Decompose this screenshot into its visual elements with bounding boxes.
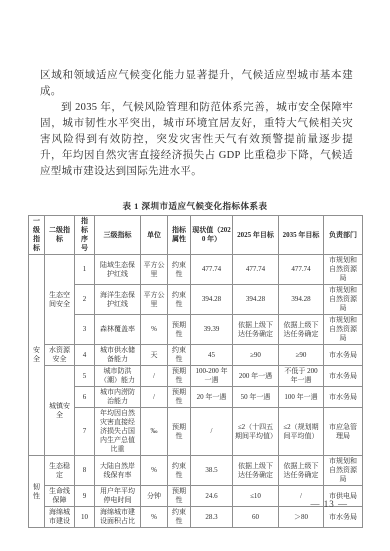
- table-cell: 7: [75, 408, 95, 456]
- table-row: 韧性生态稳定8大陆自然岸线保有率%约束性38.5依据上级下达任务确定依据上级下达…: [29, 456, 363, 486]
- table-cell: 市规划和自然资源局: [324, 255, 363, 285]
- table-cell: 城市内涝防治能力: [95, 387, 141, 408]
- table-cell: 城市防洪（潮）能力: [95, 366, 141, 387]
- table-cell: 市规划和自然资源局: [324, 456, 363, 486]
- table-cell: 9: [75, 486, 95, 507]
- paragraph-continuation: 区域和领域适应气候变化能力显著提升，气候适应型城市基本建成。: [40, 68, 353, 100]
- table-cell: 市应急管理局: [324, 408, 363, 456]
- table-row: 海绵城市建设10海绵城市建设面积占比%约束性28.360＞80市水务局: [29, 507, 363, 528]
- table-cell: %: [141, 507, 168, 528]
- indicator-table: 一级指标 二级指标 指标序号 三级指标 单位 指标属性 现状值（2020 年） …: [28, 215, 363, 528]
- table-cell: 预期性: [168, 486, 191, 507]
- indicator-table-body: 安全生态空间安全1陆域生态保护红线平方公里约束性477.74477.74477.…: [29, 255, 363, 528]
- table-cell: 依据上级下达任务确定: [279, 315, 324, 345]
- table-cell: %: [141, 456, 168, 486]
- table-row: 3森林覆盖率%预期性39.39依据上级下达任务确定依据上级下达任务确定市规划和自…: [29, 315, 363, 345]
- table-row: 安全生态空间安全1陆域生态保护红线平方公里约束性477.74477.74477.…: [29, 255, 363, 285]
- header-responsible-department: 负责部门: [324, 216, 363, 255]
- table-cell: 市水务局: [324, 507, 363, 528]
- table-cell: 394.28: [191, 285, 233, 315]
- table-cell: ≤2（规划期间平均值）: [279, 408, 324, 456]
- table-cell: 100 年一遇: [279, 387, 324, 408]
- table-cell: 市规划和自然资源局: [324, 315, 363, 345]
- table-cell: 约束性: [168, 255, 191, 285]
- table-cell: 预期性: [168, 387, 191, 408]
- document-page: 区域和领域适应气候变化能力显著提升，气候适应型城市基本建成。 到 2035 年，…: [0, 0, 390, 551]
- table-cell: 韧性: [29, 456, 45, 528]
- table-cell: 市水务局: [324, 345, 363, 366]
- table-cell: 平方公里: [141, 285, 168, 315]
- header-2035-target: 2035 年目标: [279, 216, 324, 255]
- table-cell: 平方公里: [141, 255, 168, 285]
- table-cell: 生态空间安全: [45, 255, 75, 345]
- table-cell: 5: [75, 366, 95, 387]
- table-cell: 100-200 年一遇: [191, 366, 233, 387]
- table-cell: 不低于 200 年一遇: [279, 366, 324, 387]
- table-cell: 8: [75, 456, 95, 486]
- header-level2-indicator: 二级指标: [45, 216, 75, 255]
- table-cell: 10: [75, 507, 95, 528]
- table-cell: 依据上级下达任务确定: [233, 456, 279, 486]
- table-cell: 森林覆盖率: [95, 315, 141, 345]
- table-cell: 年均因自然灾害直接经济损失占国内生产总值比重: [95, 408, 141, 456]
- table-row: 7年均因自然灾害直接经济损失占国内生产总值比重‰预期性/≤2（十四五期间平均值）…: [29, 408, 363, 456]
- header-indicator-number: 指标序号: [75, 216, 95, 255]
- page-number: — 13 —: [311, 499, 349, 509]
- table-cell: 477.74: [279, 255, 324, 285]
- header-indicator-attribute: 指标属性: [168, 216, 191, 255]
- table-cell: 市规划和自然资源局: [324, 285, 363, 315]
- table-cell: 2: [75, 285, 95, 315]
- table-cell: 约束性: [168, 285, 191, 315]
- table-cell: 45: [191, 345, 233, 366]
- table-cell: %: [141, 315, 168, 345]
- table-cell: 3: [75, 315, 95, 345]
- table-cell: 24.6: [191, 486, 233, 507]
- table-cell: 陆域生态保护红线: [95, 255, 141, 285]
- table-cell: 60: [233, 507, 279, 528]
- table-cell: 39.39: [191, 315, 233, 345]
- table-cell: 水资源安全: [45, 345, 75, 366]
- table-row: 6城市内涝防治能力/预期性20 年一遇50 年一遇100 年一遇市水务局: [29, 387, 363, 408]
- table-caption: 表 1 深圳市适应气候变化指标体系表: [0, 200, 390, 212]
- table-cell: 394.28: [233, 285, 279, 315]
- table-cell: 城市供水储备能力: [95, 345, 141, 366]
- table-cell: ＞80: [279, 507, 324, 528]
- table-cell: 约束性: [168, 456, 191, 486]
- table-cell: 生命线保障: [45, 486, 75, 507]
- paragraph-2035-goals: 到 2035 年，气候风险管理和防范体系完善，城市安全保障牢固，城市韧性水平突出…: [40, 100, 353, 180]
- table-cell: ≤2（十四五期间平均值）: [233, 408, 279, 456]
- table-cell: 约束性: [168, 345, 191, 366]
- table-cell: 生态稳定: [45, 456, 75, 486]
- table-cell: 城镇安全: [45, 366, 75, 456]
- table-cell: 海绵城市建设面积占比: [95, 507, 141, 528]
- header-unit: 单位: [141, 216, 168, 255]
- table-cell: 海绵城市建设: [45, 507, 75, 528]
- header-current-value-2020: 现状值（2020 年）: [191, 216, 233, 255]
- table-cell: 38.5: [191, 456, 233, 486]
- table-cell: ≥90: [279, 345, 324, 366]
- table-cell: 大陆自然岸线保有率: [95, 456, 141, 486]
- table-cell: 预期性: [168, 408, 191, 456]
- table-row: 城镇安全5城市防洪（潮）能力/预期性100-200 年一遇200 年一遇不低于 …: [29, 366, 363, 387]
- table-cell: 477.74: [233, 255, 279, 285]
- table-cell: /: [141, 366, 168, 387]
- table-cell: /: [141, 387, 168, 408]
- table-cell: 天: [141, 345, 168, 366]
- table-cell: ≥90: [233, 345, 279, 366]
- table-cell: 海洋生态保护红线: [95, 285, 141, 315]
- table-cell: 市水务局: [324, 366, 363, 387]
- table-cell: 预期性: [168, 366, 191, 387]
- table-cell: 依据上级下达任务确定: [279, 456, 324, 486]
- table-cell: 200 年一遇: [233, 366, 279, 387]
- table-cell: 6: [75, 387, 95, 408]
- header-2025-target: 2025 年目标: [233, 216, 279, 255]
- table-cell: /: [191, 408, 233, 456]
- table-row: 水资源安全4城市供水储备能力天约束性45≥90≥90市水务局: [29, 345, 363, 366]
- table-header-row: 一级指标 二级指标 指标序号 三级指标 单位 指标属性 现状值（2020 年） …: [29, 216, 363, 255]
- header-level3-indicator: 三级指标: [95, 216, 141, 255]
- table-cell: ‰: [141, 408, 168, 456]
- table-cell: 50 年一遇: [233, 387, 279, 408]
- table-cell: 安全: [29, 255, 45, 456]
- table-cell: 4: [75, 345, 95, 366]
- table-cell: 477.74: [191, 255, 233, 285]
- table-cell: 依据上级下达任务确定: [233, 315, 279, 345]
- table-cell: 市水务局: [324, 387, 363, 408]
- table-cell: 20 年一遇: [191, 387, 233, 408]
- body-text: 区域和领域适应气候变化能力显著提升，气候适应型城市基本建成。 到 2035 年，…: [40, 68, 353, 180]
- header-level1-indicator: 一级指标: [29, 216, 45, 255]
- table-cell: 用户年平均停电时间: [95, 486, 141, 507]
- table-cell: 分钟: [141, 486, 168, 507]
- table-row: 2海洋生态保护红线平方公里约束性394.28394.28394.28市规划和自然…: [29, 285, 363, 315]
- table-cell: 约束性: [168, 507, 191, 528]
- table-cell: ≤10: [233, 486, 279, 507]
- table-cell: 28.3: [191, 507, 233, 528]
- table-cell: 394.28: [279, 285, 324, 315]
- table-cell: 1: [75, 255, 95, 285]
- table-cell: 预期性: [168, 315, 191, 345]
